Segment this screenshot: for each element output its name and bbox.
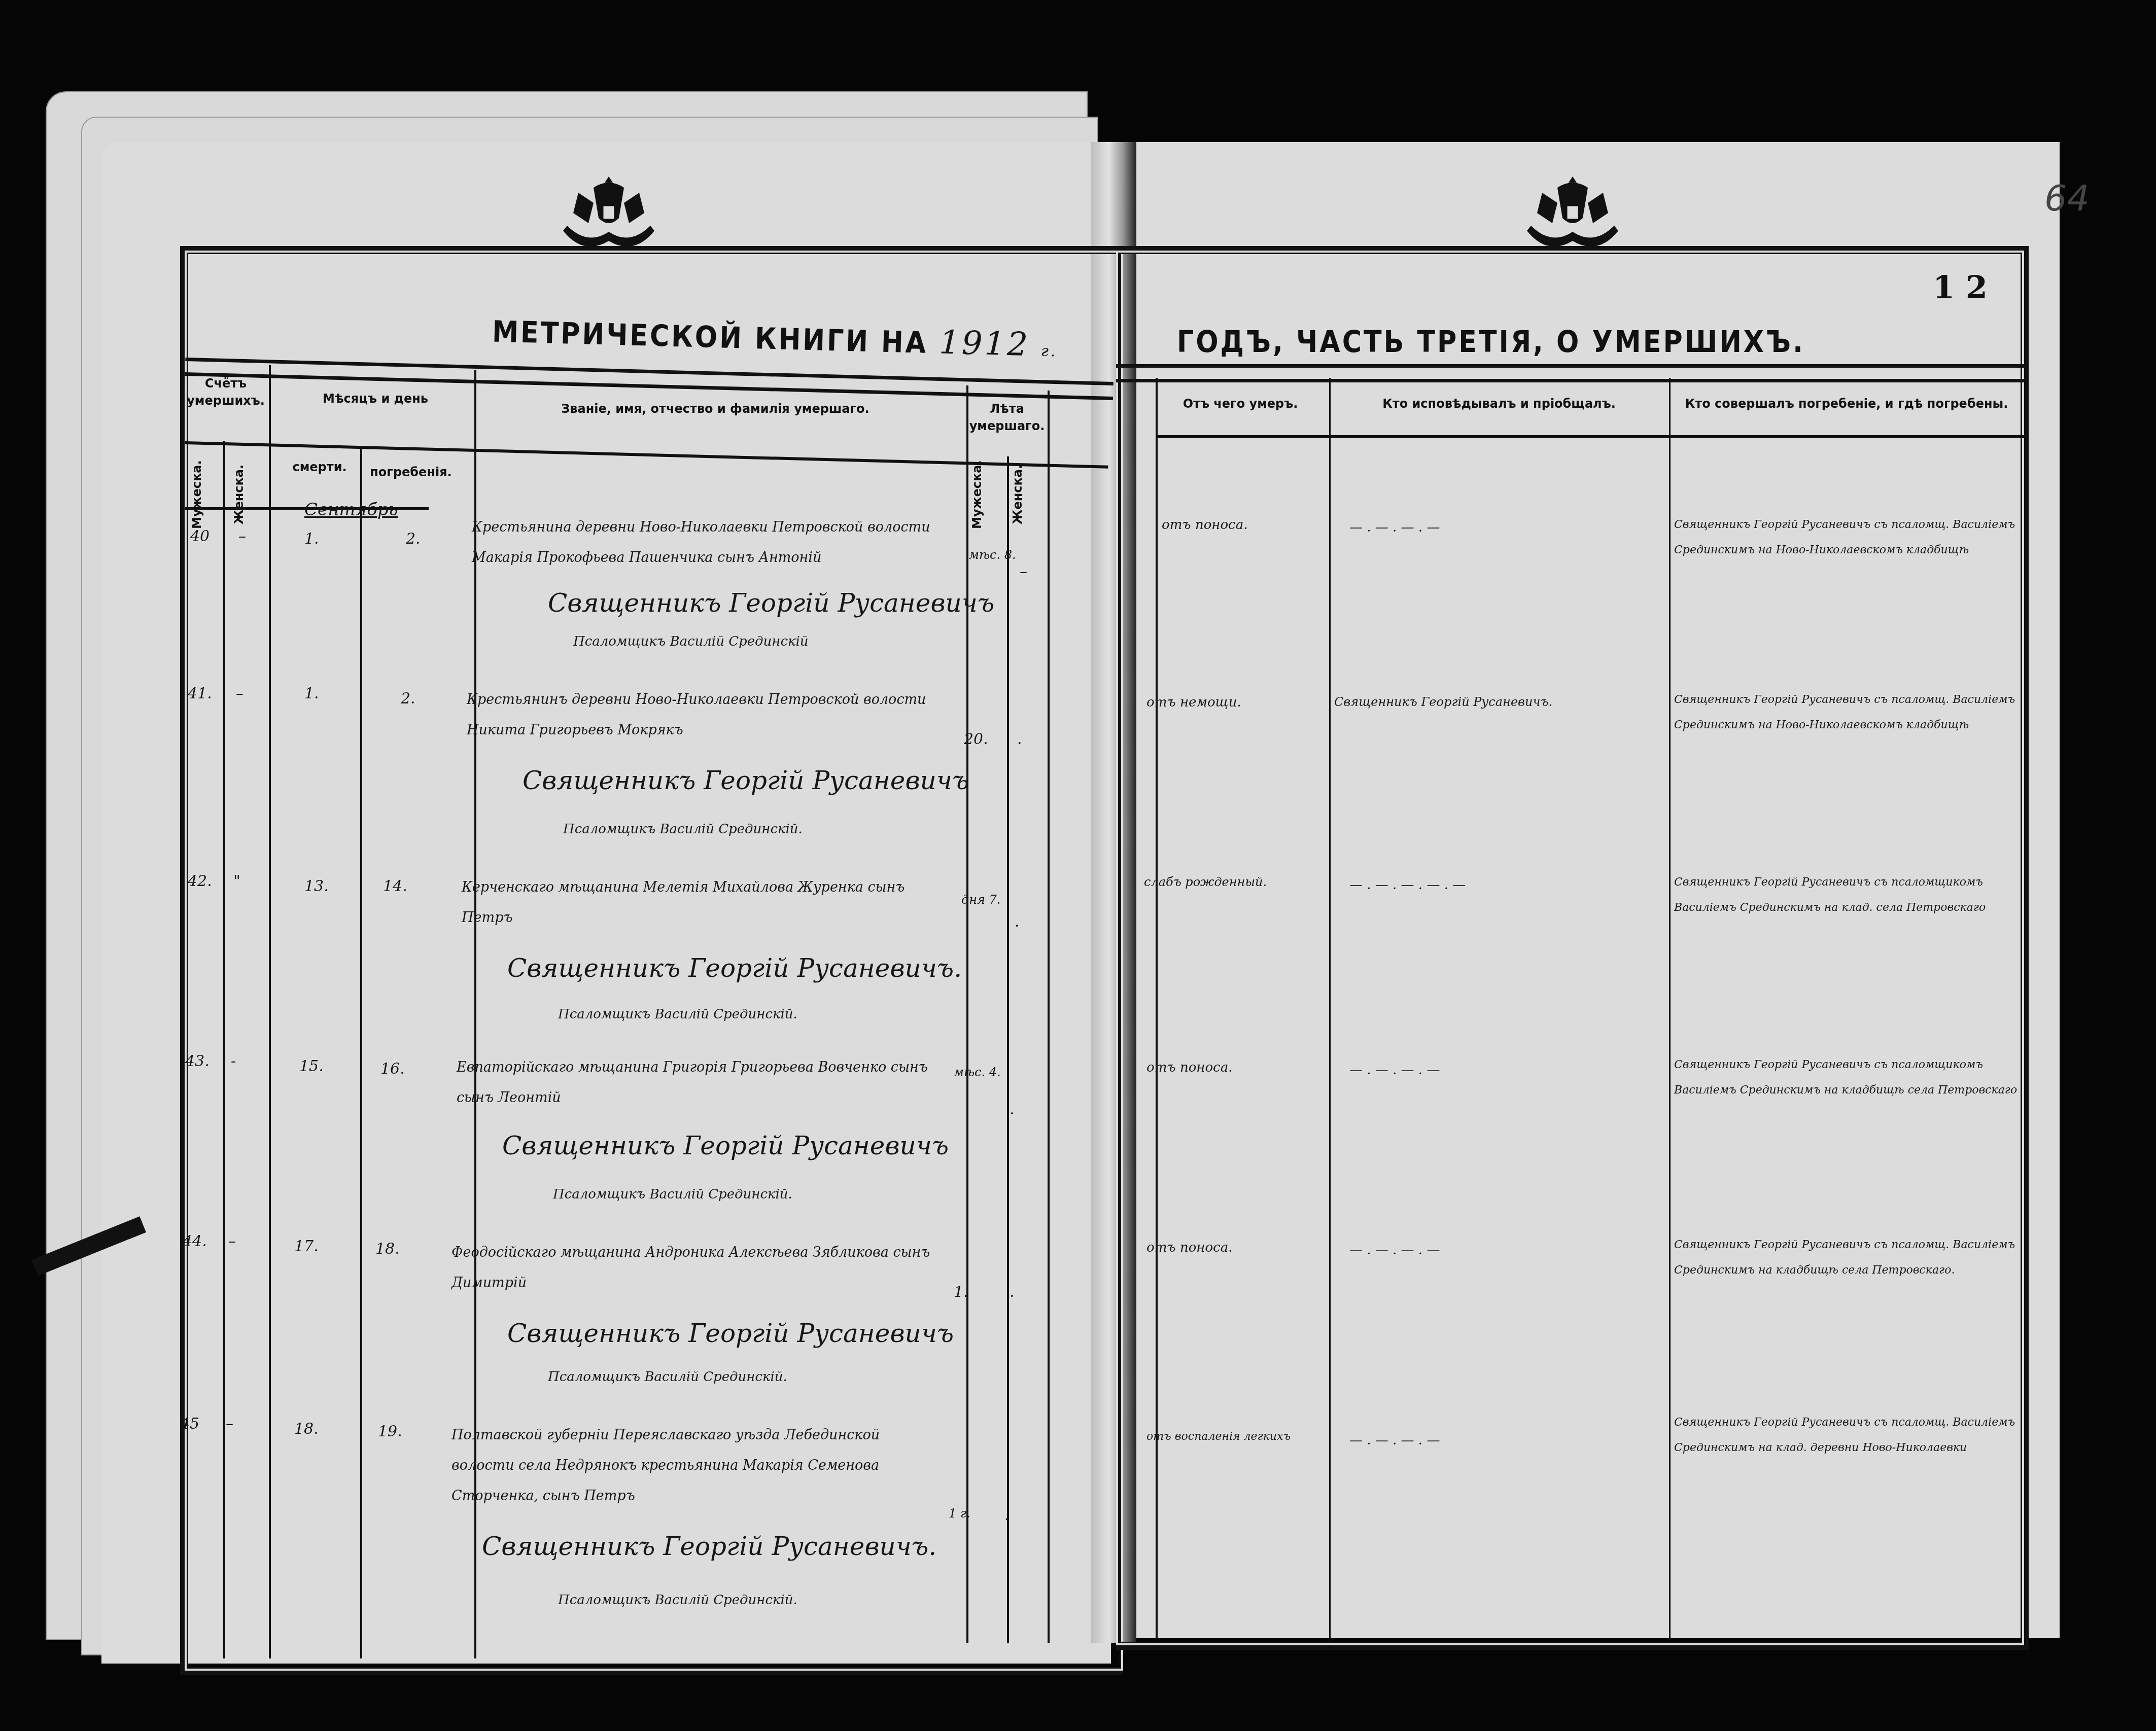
entry-female-count: – (228, 1232, 236, 1250)
entry-age-female: – (1020, 563, 1027, 581)
entry-female-count: - (231, 1052, 236, 1070)
psalmist-signature: Псаломщикъ Василій Срединскій (573, 634, 809, 649)
entry-name-text: Крестьянина деревни Ново-Николаевки Петр… (472, 512, 954, 573)
entry-death-day: 15. (299, 1057, 324, 1075)
confessor: — . — . — . — (1349, 1243, 1440, 1258)
entry-death-day: 1. (304, 685, 319, 702)
entry-age-male: мѣс. 4. (954, 1065, 1001, 1079)
entry-number: 44. (183, 1232, 207, 1250)
confessor: — . — . — . — (1349, 1063, 1440, 1078)
entry-death-day: 18. (294, 1420, 319, 1438)
col-divider (966, 385, 968, 1643)
cause-of-death: отъ поноса. (1146, 1240, 1232, 1255)
entry-name-text: Евпаторійскаго мѣщанина Григорія Григорь… (457, 1052, 938, 1113)
psalmist-signature: Псаломщикъ Василій Срединскій. (553, 1187, 792, 1202)
priest-signature: Священникъ Георгій Русаневичъ. (482, 1532, 936, 1561)
confessor: — . — . — . — (1349, 1433, 1440, 1448)
entry-female-count: – (226, 1415, 233, 1433)
entry-age-female: . (1010, 1101, 1015, 1118)
entry-name-text: Полтавской губерніи Переяславскаго уѣзда… (451, 1420, 933, 1511)
priest-signature: Священникъ Георгій Русаневичъ (548, 588, 994, 618)
entry-name-text: Крестьянинъ деревни Ново-Николаевки Петр… (467, 685, 949, 746)
confessor: — . — . — . — . — (1349, 877, 1466, 893)
header-confessor: Кто исповѣдывалъ и пріобщалъ. (1332, 396, 1666, 413)
imperial-eagle-crest-icon (558, 172, 659, 259)
entry-age-female: . (1010, 1283, 1015, 1301)
imperial-eagle-crest-icon (1522, 172, 1623, 259)
priest-signature: Священникъ Георгій Русаневичъ (502, 1131, 949, 1160)
archive-page-number: 64 (2044, 178, 2090, 219)
entry-name-text: Феодосійскаго мѣщанина Андроника Алексѣе… (451, 1238, 933, 1298)
burial-by: Священникъ Георгій Русаневичъ съ псаломщ… (1674, 1410, 2019, 1461)
cause-of-death: отъ немощи. (1146, 695, 1241, 710)
entry-age-female: . (1015, 913, 1020, 931)
entry-female-count: – (238, 527, 246, 545)
header-name: Званіе, имя, отчество и фамилія умершаго… (487, 401, 944, 418)
col-divider (360, 446, 362, 1658)
confessor: Священникъ Георгій Русаневичъ. (1334, 695, 1552, 709)
header-date: Мѣсяцъ и день (274, 391, 477, 408)
header-cause: Отъ чего умеръ. (1157, 396, 1324, 413)
entry-burial-day: 14. (383, 877, 407, 895)
cause-of-death: слабъ рожденный. (1144, 875, 1267, 889)
entry-number: 43. (185, 1052, 210, 1070)
year-handwritten: 1912 (938, 324, 1030, 364)
header-date-death: смерти. (276, 459, 363, 476)
burial-by: Священникъ Георгій Русаневичъ съ псаломщ… (1674, 1232, 2019, 1283)
entry-female-count: " (233, 872, 240, 890)
month-label: Сентябрь (304, 500, 398, 520)
entry-death-day: 17. (294, 1238, 319, 1255)
cause-of-death: отъ поноса. (1146, 1060, 1232, 1075)
entry-age-female: . (1004, 1506, 1010, 1524)
entry-female-count: – (236, 685, 244, 702)
priest-signature: Священникъ Георгій Русаневичъ (507, 1319, 954, 1348)
entry-death-day: 13. (304, 877, 329, 895)
cause-of-death: отъ воспаленія легкихъ (1146, 1430, 1291, 1443)
col-divider (1156, 378, 1158, 1641)
psalmist-signature: Псаломщикъ Василій Срединскій. (548, 1369, 787, 1385)
header-age-male: Мужеска. (969, 456, 986, 533)
psalmist-signature: Псаломщикъ Василій Срединскій. (563, 822, 803, 837)
entry-burial-day: 2. (401, 690, 415, 708)
burial-by: Священникъ Георгій Русаневичъ съ псаломщ… (1674, 870, 2019, 921)
col-divider (1048, 391, 1050, 1643)
header-bottom-rule (1157, 435, 2024, 438)
sheet-number: 1 2 (1933, 269, 1988, 306)
priest-signature: Священникъ Георгій Русаневичъ (523, 766, 969, 795)
header-date-burial: погребенія. (368, 464, 454, 481)
entry-age-male: 1. (954, 1283, 968, 1301)
entry-number: 45 (180, 1415, 199, 1433)
col-divider (1329, 378, 1331, 1641)
header-count: Счётъ умершихъ. (183, 375, 269, 409)
col-divider (269, 365, 271, 1658)
col-divider (223, 441, 225, 1658)
entry-age-male: 20. (964, 730, 988, 748)
header-age: Лѣта умершаго. (964, 401, 1050, 435)
entry-number: 41. (188, 685, 212, 702)
col-divider (1669, 378, 1671, 1641)
page-title-right: ГОДЪ, ЧАСТЬ ТРЕТІЯ, О УМЕРШИХЪ. (1177, 325, 1805, 359)
burial-by: Священникъ Георгій Русаневичъ съ псаломщ… (1674, 512, 2019, 563)
psalmist-signature: Псаломщикъ Василій Срединскій. (558, 1593, 797, 1608)
entry-burial-day: 16. (380, 1060, 405, 1078)
entry-number: 40 (190, 527, 210, 545)
burial-by: Священникъ Георгій Русаневичъ съ псаломщ… (1674, 687, 2019, 738)
psalmist-signature: Псаломщикъ Василій Срединскій. (558, 1007, 797, 1022)
cause-of-death: отъ поноса. (1162, 517, 1247, 533)
entry-death-day: 1. (304, 530, 319, 548)
burial-by: Священникъ Георгій Русаневичъ съ псаломщ… (1674, 1052, 2019, 1103)
entry-age-female: . (1017, 730, 1022, 748)
entry-number: 42. (188, 872, 212, 890)
confessor: — . — . — . — (1349, 520, 1440, 535)
entry-age-male: дня 7. (961, 893, 1000, 907)
header-burial-by: Кто совершалъ погребеніе, и гдѣ погребен… (1672, 396, 2022, 413)
entry-burial-day: 19. (378, 1423, 402, 1440)
title-rule-right (1116, 364, 2024, 382)
entry-name-text: Керченскаго мѣщанина Мелетія Михайлова Ж… (462, 872, 944, 933)
year-suffix: г. (1040, 342, 1058, 361)
entry-age-male: мѣс. 8. (969, 548, 1016, 562)
priest-signature: Священникъ Георгій Русаневичъ. (507, 953, 962, 983)
entry-burial-day: 18. (375, 1240, 400, 1258)
col-divider (1007, 456, 1009, 1643)
header-age-female: Женска. (1010, 456, 1027, 533)
header-count-female: Женска. (231, 451, 248, 538)
entry-burial-day: 2. (406, 530, 421, 548)
entry-age-male: 1 г. (949, 1506, 970, 1521)
